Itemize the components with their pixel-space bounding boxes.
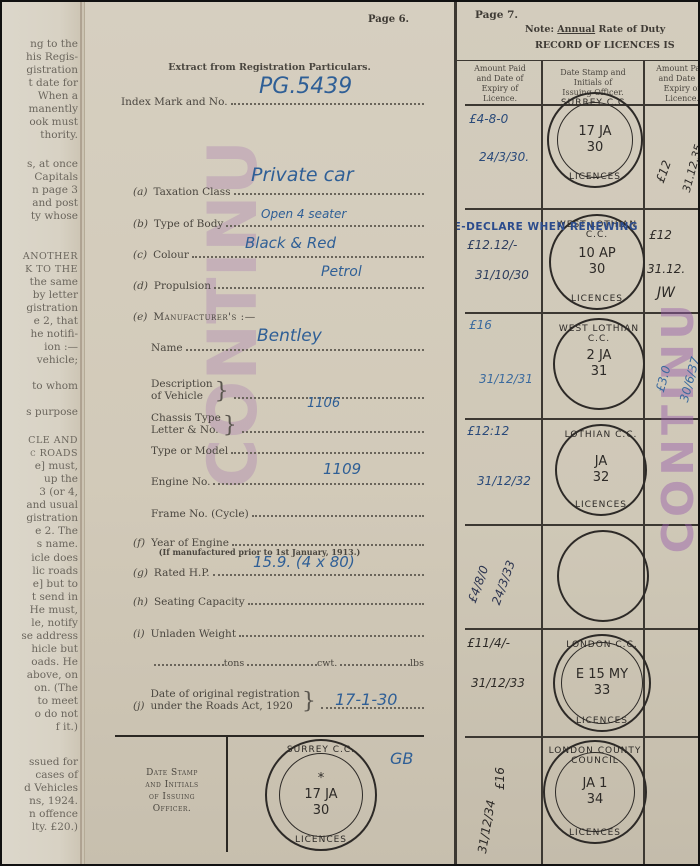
left-text-block-3: ANOTHER K TO THE the same by letter gist… <box>0 250 78 419</box>
row-5-amount: £4/8/0 <box>465 564 492 605</box>
row-3-expiry: 31/12/31 <box>479 372 533 387</box>
officer-initials: GB <box>390 749 413 768</box>
engine-no-field: Engine No. <box>151 476 424 488</box>
row-5-expiry: 24/3/33 <box>489 559 519 608</box>
right-col-2-expiry: 31.12. <box>647 262 685 277</box>
engine-no-value: 1109 <box>323 460 361 478</box>
left-text-block-2: s, at once Capitals n page 3 and post ty… <box>0 158 78 223</box>
row-6-expiry: 31/12/33 <box>471 676 525 691</box>
row-6-postmark: LONDON C.C. E 15 MY 33 LICENCES <box>553 634 651 732</box>
unladen-weight-field: (i)Unladen Weight <box>133 628 424 640</box>
redeclare-overstamp: RE-DECLARE WHEN RENEWING <box>454 221 638 233</box>
right-col-2-amount: £12 <box>649 228 672 243</box>
surrey-cc-postmark: SURREY C.C. * 17 JA 30 LICENCES <box>265 739 377 851</box>
unladen-weight-units: tons cwt. lbs <box>151 658 424 669</box>
row-3-amount: £16 <box>469 318 492 333</box>
taxation-class-value: Private car <box>251 164 354 186</box>
left-text-block-5: icle does lic roads e] but to t send in … <box>0 552 78 734</box>
taxation-class-field: (a)Taxation Class <box>133 186 424 198</box>
manufacturer-name-value: Bentley <box>257 326 322 346</box>
left-text-block-4: CLE AND c ROADS e] must, up the 3 (or 4,… <box>0 434 78 551</box>
description-of-vehicle-field: Descriptionof Vehicle} <box>151 378 424 402</box>
row-7-amount: £16 <box>493 767 508 790</box>
page-7: Page 7. Note: Annual Rate of Duty RECORD… <box>454 0 700 866</box>
row-2-amount: £12.12/- <box>467 238 517 253</box>
row-1-amount: £4-8-0 <box>469 112 508 127</box>
type-or-model-field: Type or Model <box>151 445 424 457</box>
row-4-amount: £12:12 <box>467 424 509 439</box>
row-7-postmark: LONDON COUNTY COUNCIL JA 1 34 LICENCES <box>543 740 647 844</box>
frame-no-field: Frame No. (Cycle) <box>151 508 424 520</box>
right-col-2-initials: JW <box>657 286 675 301</box>
propulsion-field: (d)Propulsion <box>133 280 424 292</box>
row-6-amount: £11/4/- <box>467 636 510 651</box>
seating-capacity-field: (h)Seating Capacity <box>133 596 424 608</box>
row-7-expiry: 31/12/34 <box>475 799 499 855</box>
column-header-amount: Amount Paid and Date of Expiry of Licenc… <box>461 64 539 104</box>
row-1-postmark: SURREY C.C. 17 JA 30 LICENCES <box>547 92 643 188</box>
row-1-expiry: 24/3/30. <box>479 150 529 165</box>
left-text-block-6: ssued for cases of d Vehicles ns, 1924. … <box>0 756 78 834</box>
date-stamp-label: Date Stamp and Initials of Issuing Offic… <box>127 767 217 815</box>
record-heading: RECORD OF LICENCES IS <box>535 40 675 51</box>
right-col-1-amount: £12 <box>653 158 675 185</box>
page-number: Page 6. <box>368 14 409 25</box>
chassis-field: Chassis TypeLetter & No.} <box>151 412 424 436</box>
colour-value: Black & Red <box>245 234 336 252</box>
type-of-body-value: Open 4 seater <box>261 207 346 221</box>
propulsion-value: Petrol <box>321 264 362 280</box>
left-text-block-1: ng to the his Regis- gistration t date f… <box>0 38 78 142</box>
duty-note: Note: Annual Rate of Duty <box>525 24 665 35</box>
column-header-amount-2: Amount Paid and Date of Expiry of Licenc… <box>647 64 700 104</box>
page-fold <box>80 0 82 866</box>
row-3-postmark: WEST LOTHIAN C.C. 2 JA 31 <box>553 318 645 410</box>
page-title: Extract from Registration Particulars. <box>85 62 454 73</box>
page-number: Page 7. <box>475 9 518 21</box>
right-col-1-expiry: 31.12.35 <box>679 143 700 194</box>
purple-continued-stamp-right: CONTINU <box>653 300 700 553</box>
issuing-officer-box: Date Stamp and Initials of Issuing Offic… <box>115 735 424 866</box>
row-5-empty-postmark <box>557 530 649 622</box>
manufacturer-heading: (e)Manufacturer's :— <box>133 311 424 323</box>
rated-hp-value: 15.9. (4 x 80) <box>253 553 355 571</box>
row-4-expiry: 31/12/32 <box>477 474 531 489</box>
original-registration-value: 17-1-30 <box>335 690 397 709</box>
row-4-postmark: LOTHIAN C.C. JA 32 LICENCES <box>555 424 647 516</box>
left-page-fragment: ng to the his Regis- gistration t date f… <box>0 0 84 866</box>
page-6: Page 6. Extract from Registration Partic… <box>84 0 454 866</box>
chassis-value: 1106 <box>307 396 340 411</box>
row-2-expiry: 31/10/30 <box>475 268 529 283</box>
index-mark-value: PG.5439 <box>259 74 352 99</box>
